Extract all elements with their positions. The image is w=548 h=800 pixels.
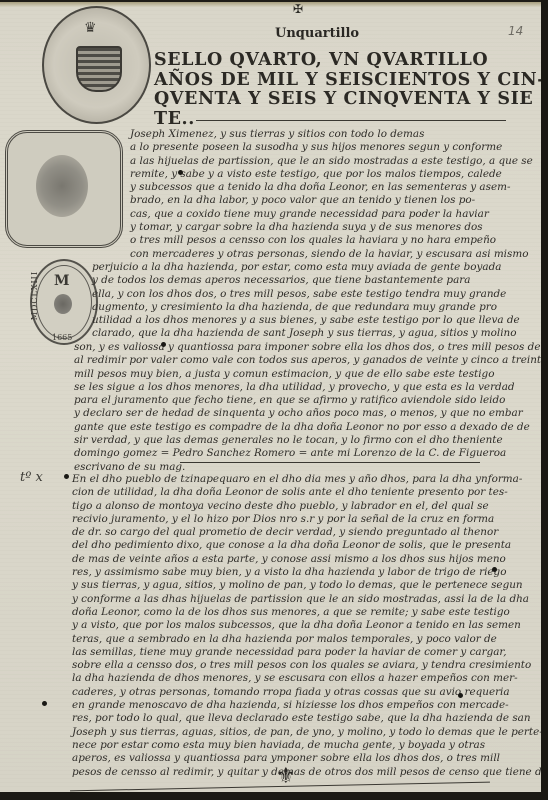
seal-legend: MDCLXIII — [30, 271, 39, 320]
text-line: domingo gomez = Pedro Sanchez Romero = a… — [74, 447, 541, 460]
text-line: las semillas, tiene muy grande necessida… — [72, 646, 541, 659]
text-line: de dr. so cargo del qual prometio de dec… — [72, 526, 541, 539]
crown-icon: ♛ — [84, 20, 97, 36]
text-line: en grande menoscavo de dha hazienda, si … — [72, 699, 541, 712]
royal-seal-stamp: ♛ — [42, 6, 151, 124]
text-line: clarado, que la dha hazienda de sant Jos… — [92, 327, 520, 340]
seal-year: 1665 — [52, 333, 72, 342]
scan-border-bottom — [0, 792, 548, 800]
section-divider — [180, 462, 480, 463]
text-line: res, por todo lo qual, que lleva declara… — [72, 712, 541, 725]
text-line: aperos, es valiossa y quantiossa para ym… — [72, 752, 541, 765]
stamp-title: SELLO QVARTO, VN QVARTILLO AÑOS DE MIL Y… — [154, 51, 454, 129]
stamp-title-line: SELLO QVARTO, VN QVARTILLO — [154, 51, 454, 71]
text-line: y subcessos que a tenido la dha doña Leo… — [130, 181, 533, 194]
stamp-header: Unquartillo — [275, 26, 359, 41]
text-line: mill pesos muy bien, a justa y comun est… — [74, 368, 541, 381]
text-line: y declaro ser de hedad de sinquenta y oc… — [74, 407, 541, 420]
text-line: gante que este testigo es compadre de la… — [74, 421, 541, 434]
text-line: nece por estar como esta muy bien haviad… — [72, 739, 541, 752]
text-line: augmento, y cresimiento la dha hazienda,… — [92, 301, 520, 314]
text-line: Joseph Ximenez, y sus tierras y sitios c… — [130, 128, 533, 141]
text-line: o tres mill pesos a censso con los quale… — [130, 234, 533, 247]
ink-blot — [178, 170, 183, 175]
coat-of-arms-icon — [36, 155, 88, 217]
ink-blot — [161, 342, 166, 347]
text-line: doña Leonor, como la de los dhos sus men… — [72, 606, 541, 619]
ink-blot — [458, 693, 463, 698]
margin-note: tº x — [20, 470, 43, 485]
text-line: para el juramento que fecho tiene, en qu… — [74, 394, 541, 407]
text-line: caderes, y otras personas, tomando rropa… — [72, 686, 541, 699]
text-line: cion de utilidad, la dha doña Leonor de … — [72, 486, 541, 499]
text-line: brado, en la dha labor, y poco valor que… — [130, 194, 533, 207]
ink-blot — [64, 474, 69, 479]
seal-letter: M — [54, 273, 70, 289]
pomegranate-icon — [54, 294, 72, 314]
coat-of-arms-icon — [76, 46, 122, 92]
text-line: perjuicio a la dha hazienda, por estar, … — [92, 261, 520, 274]
text-line: remite, y sabe y a visto este testigo, q… — [130, 168, 533, 181]
text-line: teras, que a sembrado en la dha hazienda… — [72, 633, 541, 646]
text-line: con mercaderes y otras personas, siendo … — [130, 248, 533, 261]
manuscript-page: ✠ 14 ♛ Unquartillo SELLO QVARTO, VN QVAR… — [0, 2, 541, 794]
text-line: de mas de veinte años a esta parte, y co… — [72, 553, 541, 566]
body-text-block-1: Joseph Ximenez, y sus tierras y sitios c… — [130, 128, 533, 261]
stamp-title-line: QVENTA Y SEIS Y CINQVENTA Y SIE — [154, 90, 454, 110]
text-line: ella, y con los dhos dos, o tres mill pe… — [92, 288, 520, 301]
body-text-block-1b: perjuicio a la dha hazienda, por estar, … — [92, 261, 520, 341]
signature-rubric-icon: ⚜ — [276, 764, 296, 789]
text-line: Joseph y sus tierras, aguas, sitios, de … — [72, 726, 541, 739]
text-line: y a visto, que por los malos subcessos, … — [72, 619, 541, 632]
ink-blot — [492, 567, 497, 572]
text-line: tigo a alonso de montoya vecino deste dh… — [72, 500, 541, 513]
scan-border-right — [541, 0, 548, 800]
cross-mark-icon: ✠ — [293, 2, 303, 16]
text-line: recivio juramento, y el lo hizo por Dios… — [72, 513, 541, 526]
body-text-block-2: En el dho pueblo de tzinapequaro en el d… — [72, 473, 541, 779]
folio-number: 14 — [508, 24, 523, 38]
text-line: a las hijuelas de partission, que le an … — [130, 155, 533, 168]
text-line: al redimir por valer como vale con todos… — [74, 354, 541, 367]
text-line: a lo presente poseen la susodha y sus hi… — [130, 141, 533, 154]
framed-seal-stamp — [5, 130, 123, 248]
text-line: y de todos los demas aperos necessarios,… — [92, 274, 520, 287]
stamp-divider — [196, 120, 506, 121]
oval-revalidation-seal: MDCLXIII M 1665 — [30, 259, 98, 345]
text-line: En el dho pueblo de tzinapequaro en el d… — [72, 473, 541, 486]
text-line: del dho pedimiento dixo, que conose a la… — [72, 539, 541, 552]
stamp-title-line: AÑOS DE MIL Y SEISCIENTOS Y CIN- — [154, 71, 454, 91]
text-line: son, y es valiossa y quantiossa para imp… — [74, 341, 541, 354]
text-line: sir verdad, y que las demas generales no… — [74, 434, 541, 447]
text-line: res, y assimismo sabe muy bien, y a vist… — [72, 566, 541, 579]
text-line: pesos de censso al redimir, y quitar y d… — [72, 766, 541, 779]
text-line: y conforme a las dhas hijuelas de partis… — [72, 593, 541, 606]
text-line: la dha hazienda de dhos menores, y se es… — [72, 672, 541, 685]
body-text-block-1c: son, y es valiossa y quantiossa para imp… — [74, 341, 541, 474]
ink-blot — [42, 701, 47, 706]
page-top-edge — [0, 2, 541, 7]
text-line: se les sigue a los dhos menores, la dha … — [74, 381, 541, 394]
text-line: cas, que a coxido tiene muy grande neces… — [130, 208, 533, 221]
text-line: utilidad a los dhos menores y a sus bien… — [92, 314, 520, 327]
text-line: y sus tierras, y agua, sitios, y molino … — [72, 579, 541, 592]
text-line: y tomar, y cargar sobre la dha hazienda … — [130, 221, 533, 234]
text-line: sobre ella a censso dos, o tres mill pes… — [72, 659, 541, 672]
